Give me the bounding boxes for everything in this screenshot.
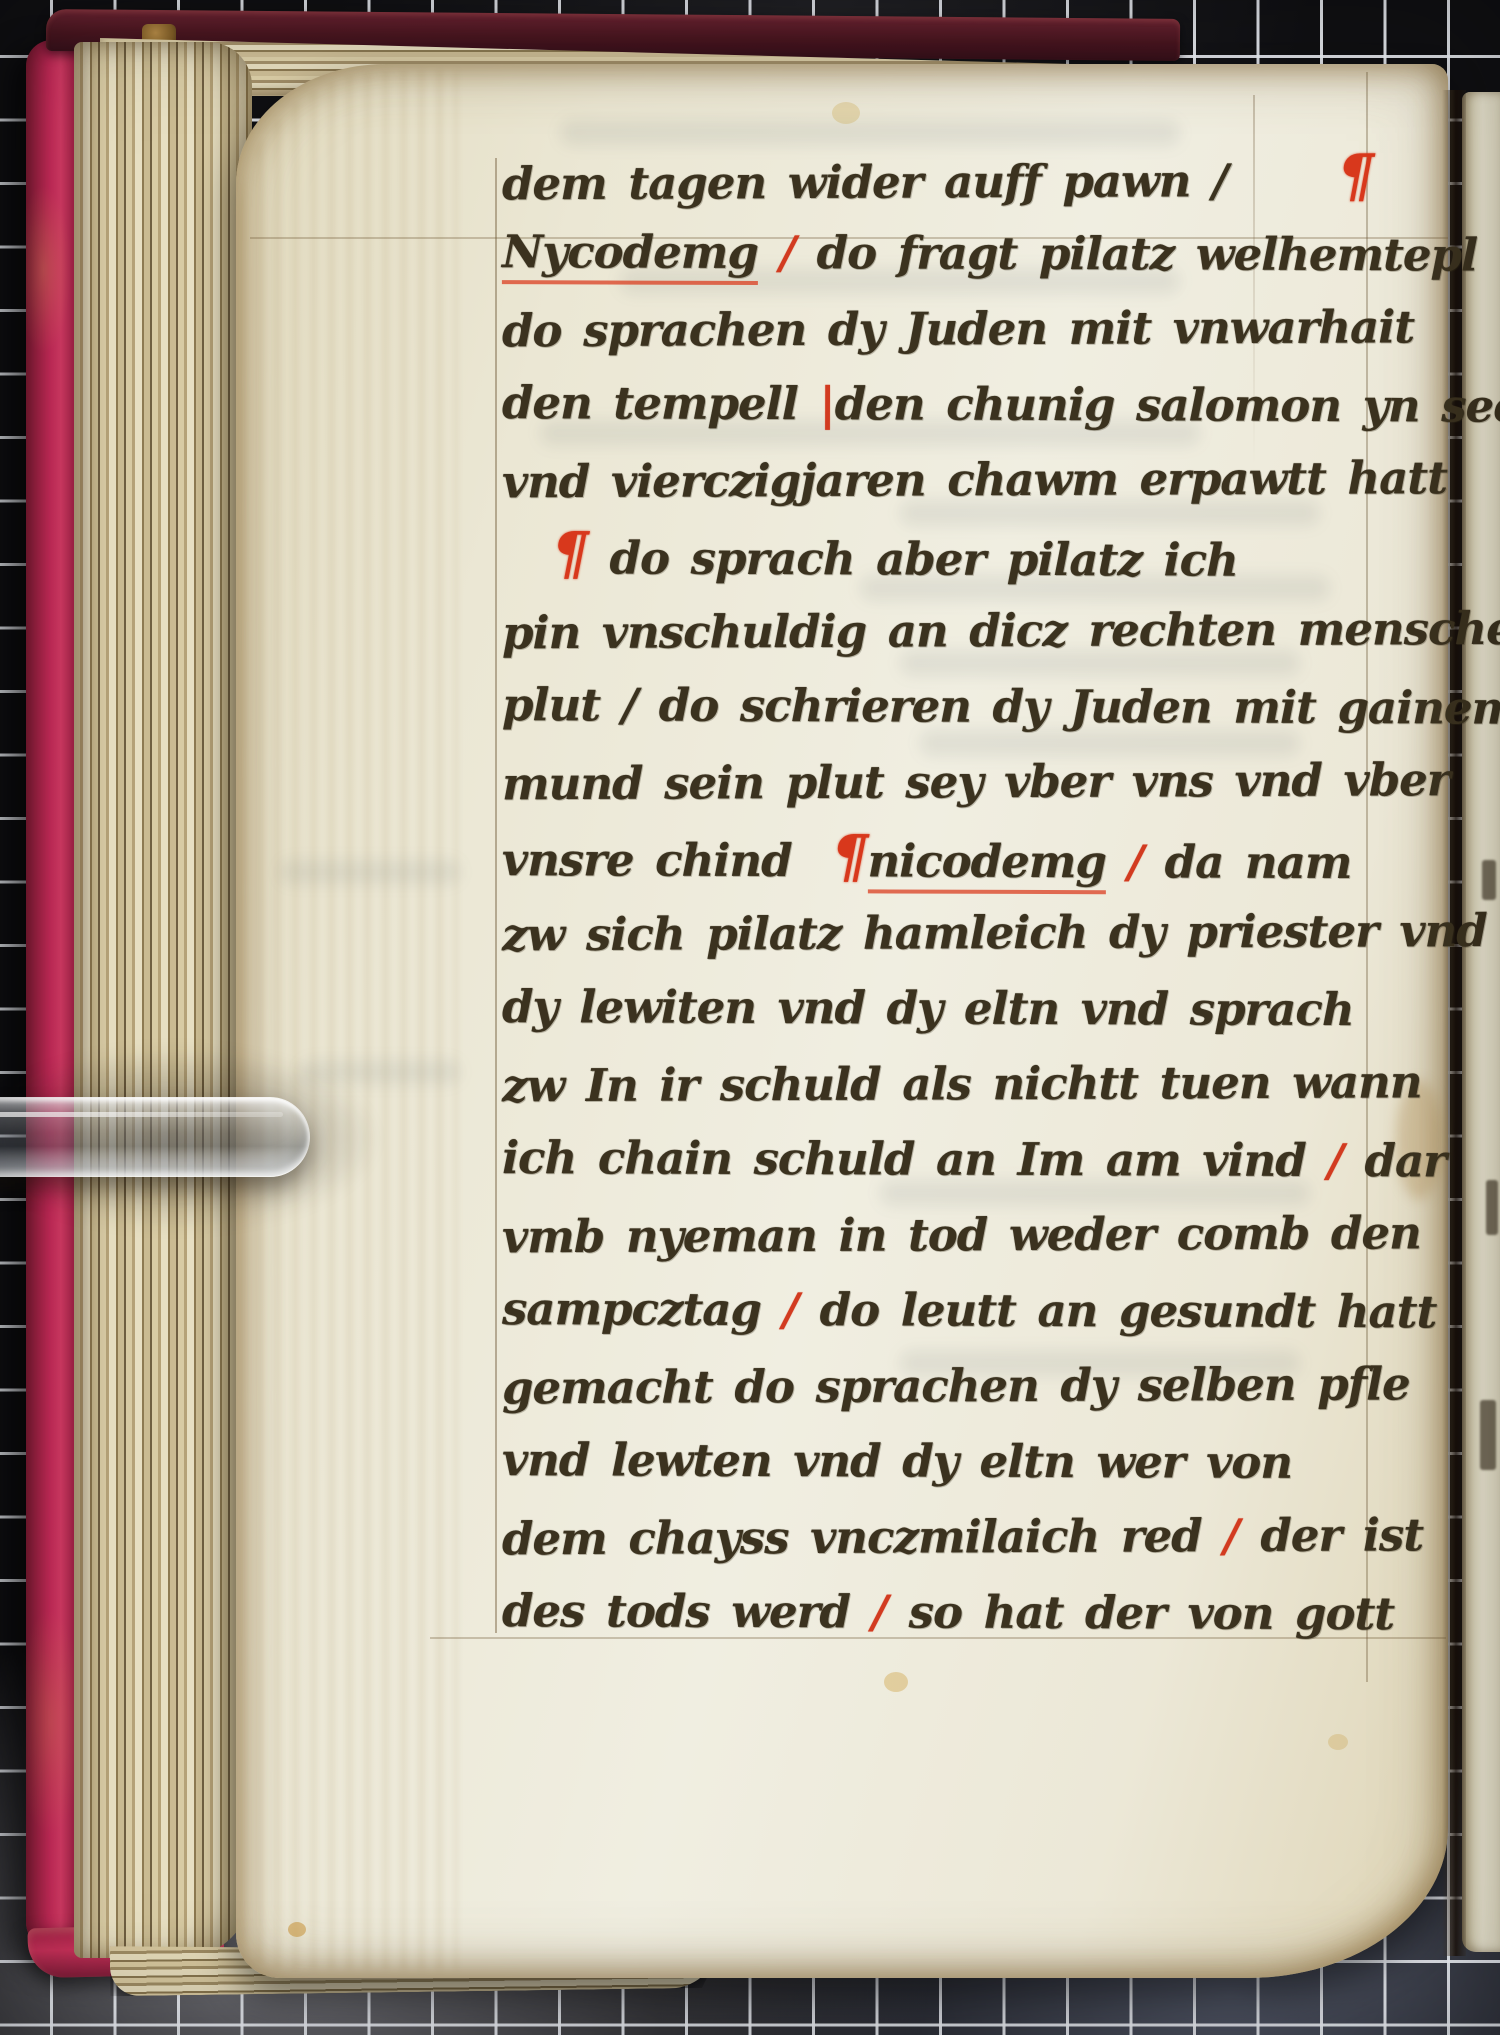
text-segment: da nam	[1143, 835, 1352, 889]
text-segment: dem tagen wider auff pawn /	[502, 154, 1228, 210]
text-segment: Nycodemg	[502, 225, 758, 285]
text-segment: den tempell	[502, 376, 820, 430]
pilcrow-mark: ¶	[552, 519, 588, 587]
rubric-mark: /	[779, 226, 795, 279]
text-line: vmb nyeman in tod weder comb den	[502, 1195, 1500, 1275]
show-through-mark	[280, 860, 460, 884]
text-line: sampcztag / do leutt an gesundt hatt	[502, 1271, 1500, 1350]
text-line: vnsre chind¶nicodemg / da nam	[502, 818, 1500, 897]
stain	[1328, 1734, 1348, 1750]
text-segment: do fragt pilatz welhemtepl	[795, 226, 1477, 281]
text-segment: vnsre chind	[502, 833, 792, 887]
rubric-mark: /	[1106, 835, 1143, 888]
text-block: dem tagen wider auff pawn /¶Nycodemg / d…	[502, 140, 1500, 1650]
rubric-mark: /	[850, 1585, 887, 1638]
rubric-mark: /	[1201, 1509, 1238, 1562]
text-segment: plut / do schrieren dy Juden mit gainem	[502, 678, 1500, 735]
pilcrow-mark: ¶	[831, 822, 867, 890]
text-segment: so hat der von gott	[887, 1585, 1394, 1640]
text-line: plut / do schrieren dy Juden mit gainem	[502, 667, 1500, 746]
text-segment: zw sich pilatz hamleich dy priester vnd	[502, 904, 1487, 961]
stain	[288, 1922, 306, 1937]
text-line: gemacht do sprachen dy selben pfle	[502, 1346, 1500, 1426]
text-segment: der ist	[1239, 1508, 1424, 1562]
photo-background: dem tagen wider auff pawn /¶Nycodemg / d…	[0, 0, 1500, 2035]
clip-highlight	[0, 1112, 283, 1117]
text-segment: gemacht do sprachen dy selben pfle	[502, 1357, 1410, 1414]
page-stack-fore-edge	[74, 42, 252, 1958]
text-segment: vnd lewten vnd dy eltn wer von	[502, 1433, 1292, 1489]
text-line: zw In ir schuld als nichtt tuen wann	[502, 1044, 1500, 1124]
text-line: zw sich pilatz hamleich dy priester vnd	[502, 893, 1500, 973]
text-segment: vmb nyeman in tod weder comb den	[502, 1206, 1421, 1263]
text-line: dem tagen wider auff pawn /¶	[502, 138, 1500, 218]
text-segment: pin vnschuldig an dicz rechten menschen	[502, 602, 1500, 660]
text-line: den tempell |den chunig salomon yn sechs	[502, 365, 1500, 444]
pilcrow-mark: ¶	[1337, 142, 1373, 210]
text-segment: do leutt an gesundt hatt	[798, 1283, 1436, 1338]
text-segment: den chunig salomon yn sechs	[835, 377, 1500, 433]
text-line: do sprachen dy Juden mit vnwarhait	[502, 289, 1500, 369]
text-segment	[758, 226, 780, 279]
text-segment: ich chain schuld an Im am vind	[502, 1131, 1306, 1187]
text-line: dem chayss vnczmilaich red / der ist	[502, 1497, 1500, 1577]
ruled-line-left-margin	[495, 158, 497, 1633]
stain	[884, 1672, 908, 1692]
text-segment: dar	[1343, 1134, 1446, 1187]
text-segment: nicodemg	[867, 834, 1106, 894]
text-segment: do sprachen dy Juden mit vnwarhait	[502, 300, 1414, 357]
text-line: dy lewiten vnd dy eltn vnd sprach	[502, 969, 1500, 1048]
rubric-mark: /	[761, 1283, 798, 1336]
text-line: vnd lewten vnd dy eltn wer von	[502, 1422, 1500, 1501]
text-line: Nycodemg / do fragt pilatz welhemtepl	[502, 214, 1500, 293]
text-segment: des tods werd	[502, 1584, 850, 1638]
text-segment: sampcztag	[502, 1282, 761, 1336]
text-line: vnd vierczigjaren chawm erpawtt hatt	[502, 440, 1500, 520]
text-segment: dy lewiten vnd dy eltn vnd sprach	[502, 980, 1354, 1036]
page-inner-shading	[238, 70, 458, 1970]
text-line: ¶ do sprach aber pilatz ich	[502, 516, 1500, 595]
text-segment: dem chayss vnczmilaich red	[502, 1509, 1202, 1565]
text-segment: zw In ir schuld als nichtt tuen wann	[502, 1055, 1422, 1112]
rubric-mark: |	[819, 377, 835, 430]
text-line: des tods werd / so hat der von gott	[502, 1573, 1500, 1652]
rubric-mark: /	[1306, 1133, 1343, 1186]
stain	[832, 102, 860, 124]
text-segment: vnd vierczigjaren chawm erpawtt hatt	[502, 451, 1447, 508]
text-segment: do sprach aber pilatz ich	[588, 531, 1238, 586]
text-line: mund sein plut sey vber vns vnd vber	[502, 742, 1500, 822]
text-line: ich chain schuld an Im am vind / dar	[502, 1120, 1500, 1199]
text-line: pin vnschuldig an dicz rechten menschen	[502, 591, 1500, 671]
page-holder-clip	[0, 1097, 310, 1177]
text-segment: mund sein plut sey vber vns vnd vber	[502, 753, 1450, 810]
